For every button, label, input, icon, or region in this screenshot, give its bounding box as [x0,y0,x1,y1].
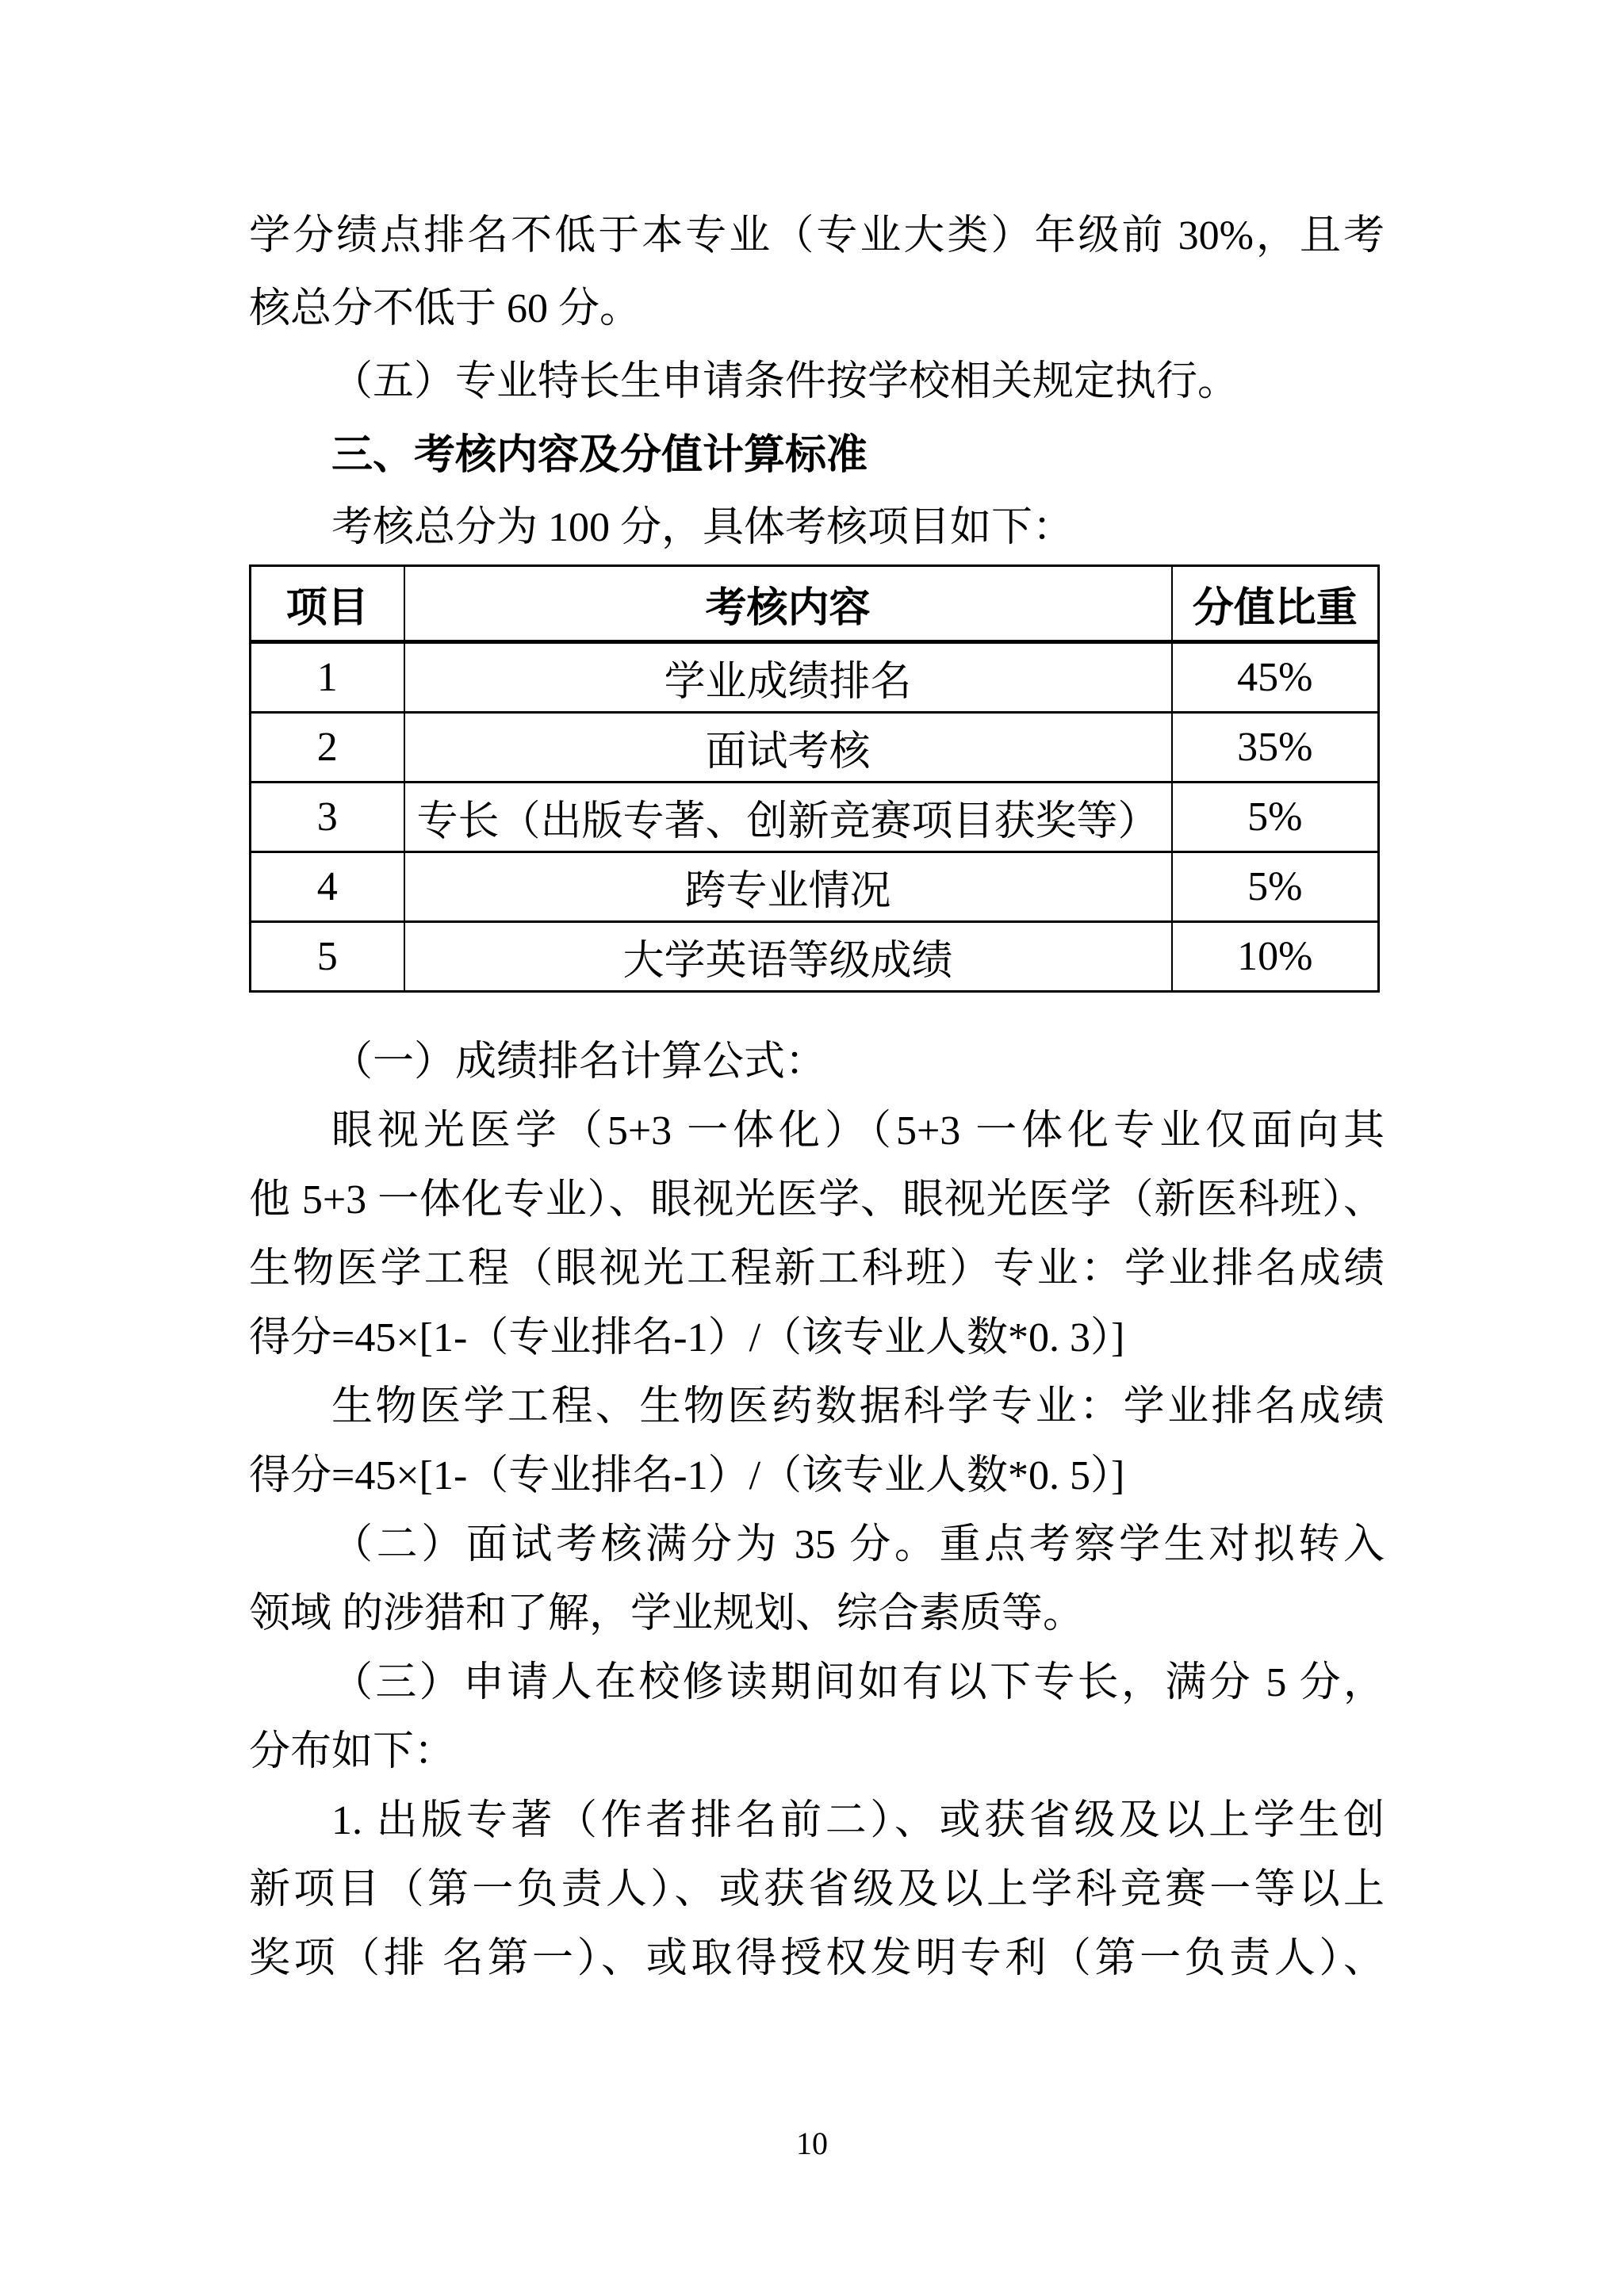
table-cell: 4 [251,852,404,922]
text-line: 核总分不低于 60 分。 [249,273,1385,346]
table-cell: 2 [251,713,404,783]
text-line: 奖项（排 名第一）、或取得授权发明专利（第一负责人）、 [249,1924,1385,1993]
text-line: 1. 出版专著（作者排名前二）、或获省级及以上学生创 [249,1786,1385,1855]
text-line: 眼视光医学（5+3 一体化）（5+3 一体化专业仅面向其 [249,1096,1385,1165]
table-header-cell: 项目 [251,566,404,642]
document-page: 学分绩点排名不低于本专业（专业大类）年级前 30%，且考 核总分不低于 60 分… [0,0,1624,2296]
table-row: 1 学业成绩排名 45% [251,642,1379,713]
text-line: （一）成绩排名计算公式： [249,1027,1385,1096]
table-row: 2 面试考核 35% [251,713,1379,783]
table-row: 3 专长（出版专著、创新竞赛项目获奖等） 5% [251,783,1379,852]
text-line: 他 5+3 一体化专业）、眼视光医学、眼视光医学（新医科班）、 [249,1165,1385,1234]
text-line: （二）面试考核满分为 35 分。重点考察学生对拟转入 [249,1510,1385,1579]
text-line: （五）专业特长生申请条件按学校相关规定执行。 [249,346,1385,419]
formula-line: 得分=45×[1-（专业排名-1）/（该专业人数*0. 5）] [249,1441,1385,1510]
assessment-table: 项目 考核内容 分值比重 1 学业成绩排名 45% 2 面试考核 35% 3 专… [249,564,1380,993]
table-cell: 学业成绩排名 [404,642,1172,713]
table-cell: 5 [251,922,404,992]
text-line: 生物医学工程、生物医药数据科学专业：学业排名成绩 [249,1372,1385,1441]
text-line: 分布如下： [249,1717,1385,1786]
text-line: 学分绩点排名不低于本专业（专业大类）年级前 30%，且考 [249,200,1385,273]
table-cell: 面试考核 [404,713,1172,783]
text-line: 考核总分为 100 分，具体考核项目如下： [249,492,1385,564]
table-cell: 1 [251,642,404,713]
table-header-row: 项目 考核内容 分值比重 [251,566,1379,642]
text-line: 生物医学工程（眼视光工程新工科班）专业：学业排名成绩 [249,1234,1385,1303]
table-cell: 45% [1172,642,1379,713]
formula-line: 得分=45×[1-（专业排名-1）/（该专业人数*0. 3）] [249,1303,1385,1372]
body-text-top: 学分绩点排名不低于本专业（专业大类）年级前 30%，且考 核总分不低于 60 分… [249,200,1385,564]
table-header-cell: 考核内容 [404,566,1172,642]
body-text-bottom: （一）成绩排名计算公式： 眼视光医学（5+3 一体化）（5+3 一体化专业仅面向… [249,1027,1385,1993]
table-cell: 10% [1172,922,1379,992]
table-cell: 专长（出版专著、创新竞赛项目获奖等） [404,783,1172,852]
text-line: （三）申请人在校修读期间如有以下专长，满分 5 分， [249,1648,1385,1717]
table-row: 4 跨专业情况 5% [251,852,1379,922]
table-cell: 35% [1172,713,1379,783]
table-cell: 5% [1172,783,1379,852]
table-header-cell: 分值比重 [1172,566,1379,642]
text-line: 新项目（第一负责人）、或获省级及以上学科竞赛一等以上 [249,1855,1385,1924]
page-number: 10 [0,2126,1624,2161]
table-cell: 跨专业情况 [404,852,1172,922]
table-row: 5 大学英语等级成绩 10% [251,922,1379,992]
text-line: 领域 的涉猎和了解，学业规划、综合素质等。 [249,1579,1385,1648]
table-cell: 5% [1172,852,1379,922]
table-cell: 3 [251,783,404,852]
section-heading: 三、考核内容及分值计算标准 [249,419,1385,492]
table-cell: 大学英语等级成绩 [404,922,1172,992]
